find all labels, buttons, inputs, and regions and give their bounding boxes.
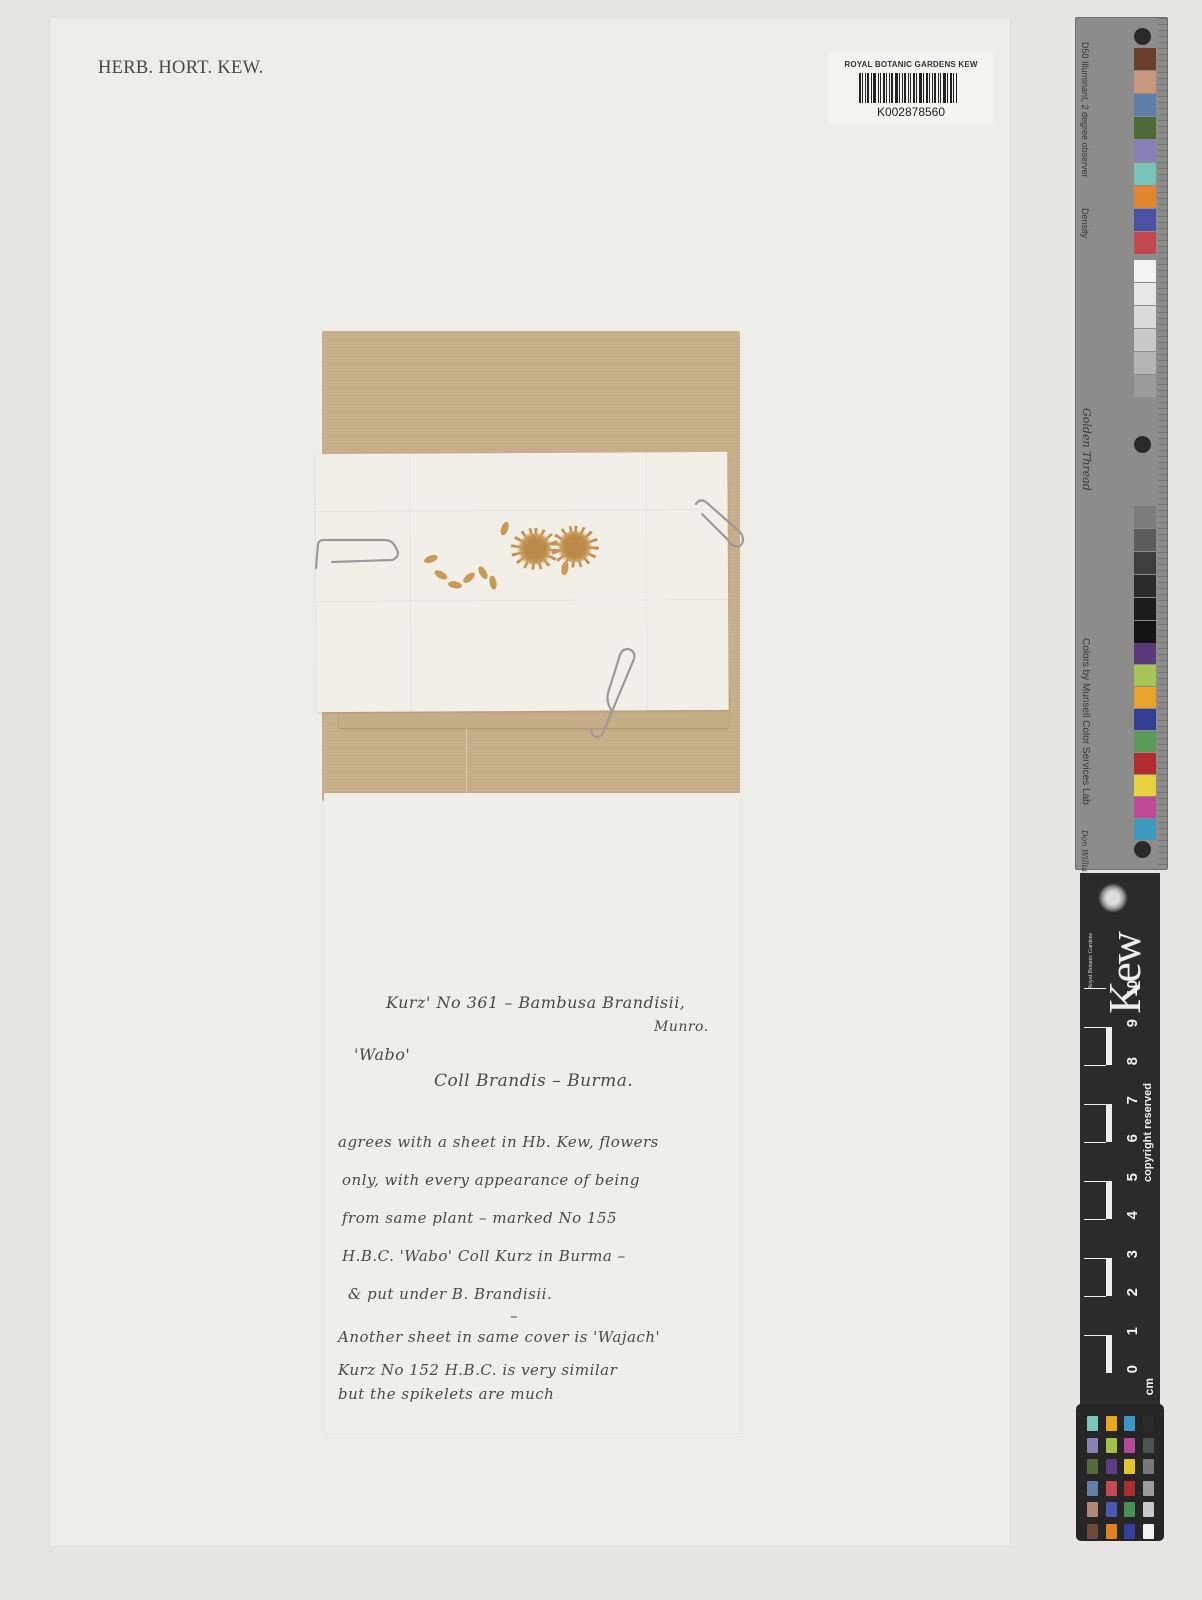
checker-patch (1124, 1416, 1135, 1431)
flowerhead (556, 531, 594, 563)
letter-line: Munro. (654, 1019, 709, 1035)
color-patch (1134, 209, 1156, 231)
credit-text: Colors by Munsell Color Services Lab (1080, 638, 1091, 805)
gray-patch (1134, 329, 1156, 351)
checker-patch (1106, 1502, 1117, 1517)
mounting-hole-icon (1134, 436, 1151, 453)
gray-patch (1134, 260, 1156, 282)
gray-patch (1134, 621, 1156, 643)
color-patch (1134, 819, 1156, 840)
flowerhead (516, 533, 554, 565)
color-patch (1134, 94, 1156, 116)
checker-patch (1106, 1481, 1117, 1496)
color-patch (1134, 232, 1156, 254)
checker-patch (1087, 1524, 1098, 1539)
gray-patch (1134, 552, 1156, 574)
color-patch (1134, 163, 1156, 185)
gray-patch (1134, 598, 1156, 620)
scale-number: 3 (1124, 1250, 1141, 1258)
checker-patch (1124, 1438, 1135, 1453)
scale-half-block (1106, 1335, 1112, 1374)
scale-half-block (1106, 1104, 1112, 1143)
checker-patch (1106, 1438, 1117, 1453)
barcode-icon (859, 73, 963, 103)
checker-patch (1143, 1416, 1154, 1431)
checker-patch (1143, 1459, 1154, 1474)
paperclip-icon (312, 538, 402, 578)
gray-patch (1134, 352, 1156, 374)
gray-patch (1134, 283, 1156, 305)
checker-patch (1087, 1502, 1098, 1517)
color-patch (1134, 753, 1156, 774)
color-patch (1134, 71, 1156, 93)
color-patch (1134, 731, 1156, 752)
ruler-ticks (1158, 18, 1168, 869)
gray-patch (1134, 575, 1156, 597)
checker-patch (1106, 1524, 1117, 1539)
color-patch (1134, 140, 1156, 162)
color-patch (1134, 775, 1156, 796)
kew-logo-subtext: Royal Botanic Gardens (1088, 933, 1094, 989)
scale-half-block (1106, 1181, 1112, 1220)
scale-number: 2 (1124, 1288, 1141, 1296)
mounting-hole-icon (1134, 841, 1151, 858)
illuminant-text: D50 Illuminant, 2 degree observer (1080, 42, 1090, 178)
mounting-hole-icon (1134, 28, 1151, 45)
letter-line: Kurz' No 361 – Bambusa Brandisii, (386, 993, 685, 1012)
letter-line: Coll Brandis – Burma. (434, 1071, 633, 1091)
letter-line: agrees with a sheet in Hb. Kew, flowers (338, 1133, 659, 1151)
scale-number: 9 (1124, 1019, 1141, 1027)
checker-patch (1106, 1459, 1117, 1474)
scale-number: 7 (1124, 1096, 1141, 1104)
herbarium-header: HERB. HORT. KEW. (98, 58, 264, 79)
density-label: Density (1080, 208, 1090, 238)
checker-patch (1143, 1438, 1154, 1453)
checker-patch (1087, 1416, 1098, 1431)
checker-patch (1124, 1459, 1135, 1474)
barcode-label: ROYAL BOTANIC GARDENS KEW K002878560 (828, 52, 994, 124)
checker-patch (1124, 1524, 1135, 1539)
scale-number: 5 (1124, 1173, 1141, 1181)
color-patch (1134, 117, 1156, 139)
gray-patch (1134, 529, 1156, 551)
color-patch (1134, 797, 1156, 818)
scale-number: 10 (1124, 980, 1141, 997)
color-patch (1134, 709, 1156, 730)
letter-line: 'Wabo' (354, 1045, 410, 1064)
scale-block (1084, 1027, 1106, 1066)
checker-patch (1087, 1438, 1098, 1453)
color-patch (1134, 48, 1156, 70)
specimen-packet (315, 452, 728, 712)
copyright-text: copyright reserved (1142, 1083, 1154, 1182)
scale-half-block (1106, 1258, 1112, 1297)
scale-block (1084, 1142, 1106, 1181)
paperclip-icon (588, 645, 648, 740)
scale-unit: cm (1142, 1378, 1156, 1395)
scale-number: 6 (1124, 1134, 1141, 1142)
checker-patch (1124, 1481, 1135, 1496)
letter-line: – (510, 1307, 518, 1325)
scale-block (1084, 1219, 1106, 1258)
scale-number: 1 (1124, 1327, 1141, 1335)
color-patch (1134, 643, 1156, 664)
letter-line: H.B.C. 'Wabo' Coll Kurz in Burma – (342, 1247, 626, 1265)
scale-block (1084, 1258, 1106, 1297)
letter-line: but the spikelets are much (338, 1385, 554, 1403)
scale-block (1084, 1335, 1106, 1374)
letter-line: only, with every appearance of being (342, 1171, 640, 1189)
brand-text: Golden Thread (1080, 408, 1093, 491)
letter-line: & put under B. Brandisii. (348, 1285, 552, 1303)
kew-scale-bar: Kew Royal Botanic Gardens copyright rese… (1080, 873, 1160, 1410)
color-calibration-bar: D50 Illuminant, 2 degree observer Densit… (1075, 17, 1168, 870)
color-checker (1076, 1404, 1164, 1541)
checker-patch (1124, 1502, 1135, 1517)
barcode-number: K002878560 (828, 105, 994, 119)
kew-crest-icon (1098, 883, 1128, 913)
gray-patch (1134, 306, 1156, 328)
letter-line: Another sheet in same cover is 'Wajach' (338, 1328, 660, 1346)
paperclip-icon (688, 498, 748, 558)
scale-block (1084, 1065, 1106, 1104)
specimen-fragments (315, 452, 728, 712)
color-patch (1134, 687, 1156, 708)
checker-patch (1087, 1481, 1098, 1496)
gray-patch (1134, 506, 1156, 528)
checker-patch (1106, 1416, 1117, 1431)
handwritten-letter: Kurz' No 361 – Bambusa Brandisii, Munro.… (324, 793, 741, 1433)
checker-patch (1087, 1459, 1098, 1474)
envelope-seam (466, 728, 467, 798)
gray-patch (1134, 375, 1156, 397)
scale-number: 8 (1124, 1057, 1141, 1065)
scale-half-block (1106, 1027, 1112, 1066)
letter-line: from same plant – marked No 155 (342, 1209, 617, 1227)
scale-number: 4 (1124, 1211, 1141, 1219)
color-patch (1134, 186, 1156, 208)
checker-patch (1143, 1481, 1154, 1496)
scale-block (1084, 988, 1106, 1027)
checker-patch (1143, 1502, 1154, 1517)
scale-block (1084, 1296, 1106, 1335)
scale-number: 0 (1124, 1365, 1141, 1373)
checker-patch (1143, 1524, 1154, 1539)
letter-line: Kurz No 152 H.B.C. is very similar (338, 1361, 617, 1379)
color-patch (1134, 665, 1156, 686)
scale-block (1084, 1181, 1106, 1220)
scale-block (1084, 1104, 1106, 1143)
barcode-organization: ROYAL BOTANIC GARDENS KEW (828, 60, 994, 69)
